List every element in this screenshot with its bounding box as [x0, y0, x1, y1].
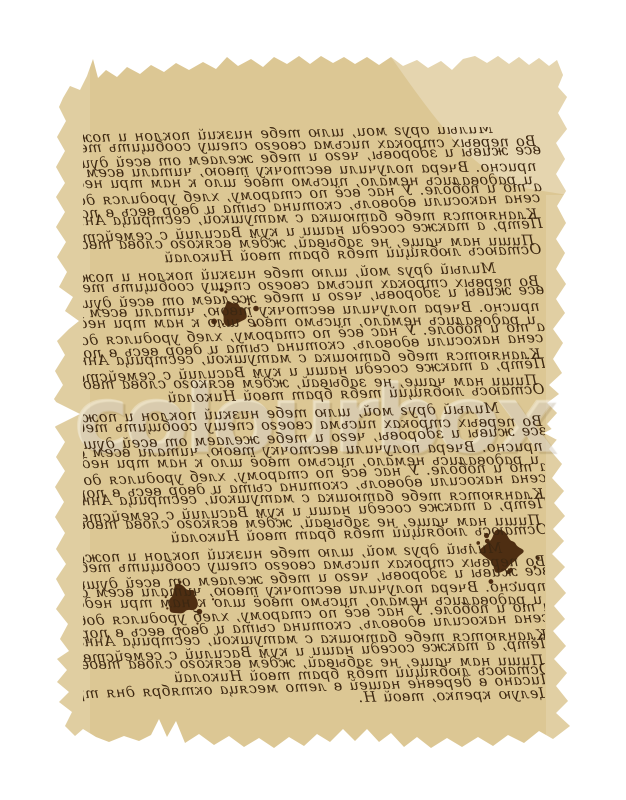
letter-paragraph: Милый друг мой, шлю тебе низкий поклон и… [86, 542, 545, 711]
script-line: Пиши нам чаще, не забывай, ждём всякого … [83, 655, 544, 671]
letter-paragraph: Милый друг мой, шлю тебе низкий поклон и… [83, 402, 545, 547]
handwritten-text: Милый друг мой, шлю тебе низкий поклон и… [83, 127, 545, 712]
letter-paragraph: Милый друг мой, шлю тебе низкий поклон и… [83, 127, 541, 266]
script-block: Милый друг мой, шлю тебе низкий поклон и… [83, 127, 545, 711]
script-line: Пиши нам чаще, не забывай, ждём всякого … [83, 375, 537, 391]
script-line: Пиши нам чаще, не забывай, ждём всякого … [83, 515, 540, 531]
vintage-letter-illustration: colourbox Милый друг мой, шлю тебе низки… [0, 0, 626, 800]
script-line: Пиши нам чаще, не забывай, ждём всякого … [83, 235, 534, 251]
highlight-right-strip [546, 195, 580, 755]
letter-paragraph: Милый друг мой, шлю тебе низкий поклон и… [83, 262, 545, 407]
